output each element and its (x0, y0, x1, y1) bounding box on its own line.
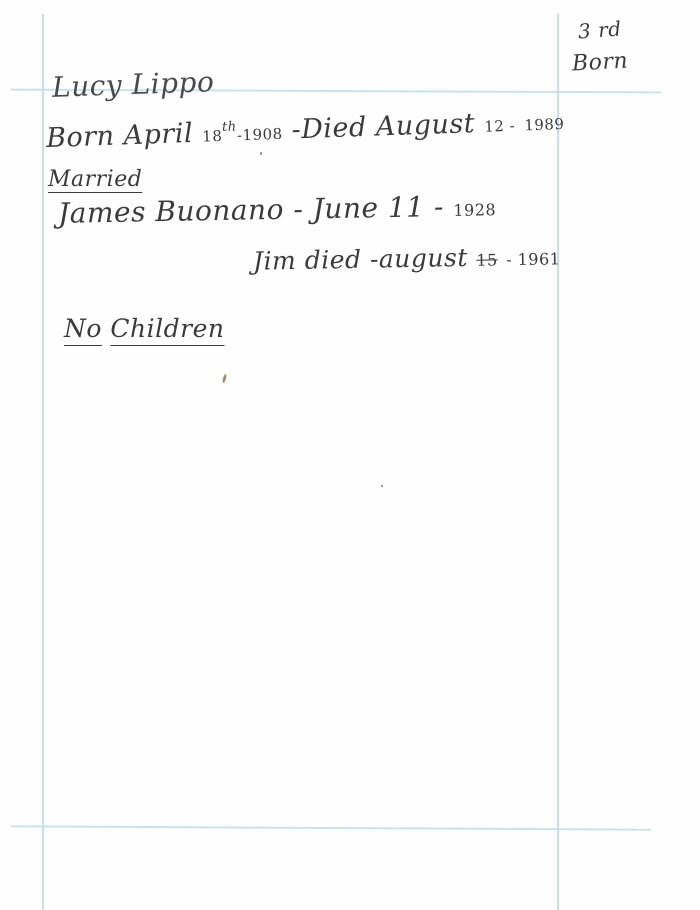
born-day: 18 (202, 127, 223, 146)
children-word: Children (110, 314, 224, 343)
paper-speck (260, 152, 262, 155)
marriage-date: - June 11 - (293, 190, 444, 226)
birth-order-note-born: Born (571, 49, 628, 77)
right-margin-line (557, 14, 559, 910)
left-margin-line (42, 14, 44, 910)
born-label: Born (46, 121, 115, 154)
born-year: -1908 (237, 125, 283, 145)
paper-speck (381, 485, 383, 487)
marriage-year: 1928 (453, 200, 496, 220)
died-month: August (375, 108, 475, 142)
married-label: Married (48, 167, 142, 192)
birth-death-line: Born April 18th-1908 -Died August 12 - 1… (46, 105, 565, 154)
spouse-death-line: Jim died -august 15 - 1961 (253, 241, 561, 275)
paper-speck (222, 374, 227, 383)
died-day: 12 - (484, 117, 516, 136)
birth-order-note: 3 rd (577, 17, 622, 44)
children-note: No Children (64, 314, 224, 343)
spouse-death-text: Jim died -august (253, 243, 468, 276)
spouse-name: James Buonano (58, 193, 284, 230)
died-year: 1989 (524, 115, 565, 134)
children-no: No (64, 314, 102, 343)
born-ordinal: th (222, 119, 237, 135)
born-month: April (123, 118, 194, 151)
spouse-line: James Buonano - June 11 - 1928 (58, 189, 497, 230)
died-label: -Died (291, 112, 367, 146)
document-page: 3 rd Born Lucy Lippo Born April 18th-190… (0, 0, 700, 910)
bottom-rule-line (11, 825, 651, 830)
person-name: Lucy Lippo (51, 65, 214, 104)
spouse-death-day: 15 (476, 250, 498, 269)
spouse-death-year: - 1961 (506, 249, 561, 269)
